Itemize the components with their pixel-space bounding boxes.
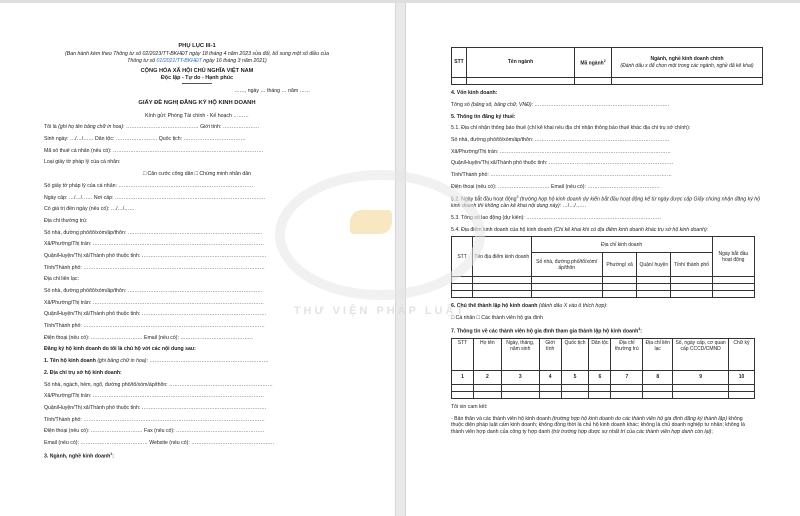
capital-field: Tổng số (bằng số, bằng chữ, VNĐ): ………………… (451, 102, 763, 109)
form-field: Tỉnh/Thành phố: ………………………………………………………………… (44, 265, 350, 272)
col-industry-code: Mã ngành2 (575, 48, 612, 78)
form-field: Quận/Huyện/Thị xã/Thành phố thuộc tỉnh: … (44, 311, 350, 318)
section-7-label: 7. Thông tin về các thành viên hộ gia đì… (451, 329, 638, 335)
circular-link[interactable]: 01/2021/TT-BKHĐT (156, 58, 201, 64)
appendix-title: PHỤ LỤC III-1 (44, 43, 350, 50)
col-province: Tỉnh/ thành phố (671, 253, 712, 277)
form-field: Quận/Huyện/Thị xã/Thành phố thuộc tỉnh: … (44, 253, 350, 260)
section-3-label: 3. Ngành, nghề kinh doanh (44, 453, 110, 459)
member-col-header: Địa chỉ liên lạc (643, 339, 673, 371)
member-col-number: 2 (473, 371, 501, 385)
member-col-number: 5 (561, 371, 589, 385)
nation-heading: CỘNG HÒA XÃ HỘI CHỦ NGHĨA VIỆT NAM (44, 68, 350, 75)
form-field: Tỉnh/Thành phố: ………………………………………………………………… (44, 417, 350, 424)
commit-text: - Bản thân và các thành viên hộ kinh doa… (451, 416, 751, 436)
section-4-label: 4. Vốn kinh doanh: (451, 90, 763, 97)
table-row (452, 284, 755, 291)
form-field: Điện thoại (nếu có): ………………………… Fax (nếu… (44, 428, 350, 435)
commit-hint-1: (trường hợp hộ kinh doanh do các thành v… (552, 416, 727, 422)
col-main-industry: Ngành, nghề kinh doanh chính(Đánh dấu x … (612, 48, 763, 78)
col-address: Địa chỉ kinh doanh (531, 237, 712, 253)
section-5-label: 5. Thông tin đăng ký thuế: (451, 114, 763, 121)
member-col-number: 3 (501, 371, 539, 385)
form-field: Quận/Huyện/Thị xã/Thành phố thuộc tỉnh: … (44, 405, 350, 412)
form-field: Xã/Phường/Thị trấn: ……………………………………………………… (44, 241, 350, 248)
form-field: Số giấy tờ pháp lý của cá nhân: ……………………… (44, 183, 350, 190)
register-statement: Đăng ký hộ kinh doanh do tôi là chủ hộ v… (44, 346, 350, 353)
founder-options[interactable]: □ Cá nhân □ Các thành viên hộ gia đình (451, 315, 763, 322)
colon: : (606, 303, 607, 309)
form-field: Địa chỉ liên lạc: (44, 276, 350, 283)
member-col-header: Chữ ký (729, 339, 755, 371)
member-col-number: 7 (611, 371, 643, 385)
section-6: 6. Chủ thể thành lập hộ kinh doanh (đánh… (451, 303, 763, 310)
section-5-3: 5.3. Tổng số lao động (dự kiến): …………………… (451, 215, 763, 222)
section-5-4: 5.4. Địa điểm kinh doanh của hộ kinh doa… (451, 227, 763, 234)
section-7: 7. Thông tin về các thành viên hộ gia đì… (451, 327, 763, 335)
tax-address-fields: Số nhà, đường phố/tổ/xóm/ấp/thôn: ………………… (451, 137, 763, 190)
capital-hint: (bằng số, bằng chữ, VNĐ) (471, 102, 531, 108)
form-field: Số nhà, đường phố/tổ/xóm/ấp/thôn: ………………… (44, 230, 350, 237)
col-stt: STT (452, 237, 473, 277)
field-fullname: Tôi là (ghi họ tên bằng chữ in hoa): ………… (44, 124, 350, 131)
member-col-header: Dân tộc (589, 339, 611, 371)
col-industry-name: Tên ngành (467, 48, 575, 78)
form-field: Quận/Huyện/Thị xã/Thành phố thuộc tỉnh: … (451, 160, 763, 167)
form-field: Địa chỉ thường trú: (44, 218, 350, 225)
table-row (452, 291, 755, 298)
member-col-header: Ngày, tháng, năm sinh (501, 339, 539, 371)
field-label: Tôi là (44, 124, 58, 130)
col-start-date: Ngày bắt đầu hoạt động (712, 237, 754, 277)
industry-table: STT Tên ngành Mã ngành2 Ngành, nghề kinh… (451, 47, 763, 85)
member-col-header: Quốc tịch (561, 339, 589, 371)
section-3: 3. Ngành, nghề kinh doanh1: (44, 452, 350, 460)
table-row (452, 277, 755, 284)
capital-prefix: Tổng số (451, 102, 471, 108)
member-col-number: 4 (539, 371, 561, 385)
subtitle-line-2: Thông tư số 01/2021/TT-BKHĐT ngày 16 thá… (44, 58, 350, 65)
office-fields: Số nhà, ngách, hẻm, ngõ, đường phố/tổ/xó… (44, 382, 350, 447)
commit-end: ; (711, 429, 712, 435)
form-field: Xã/Phường/Thị trấn: ……………………………………………………… (451, 149, 763, 156)
field-tax-code: Mã số thuế cá nhân (nếu có): ……………………………… (44, 148, 350, 155)
form-field: Xã/Phường/Thị trấn: ……………………………………………………… (44, 300, 350, 307)
member-col-header: Giới tính (539, 339, 561, 371)
member-col-number: 8 (643, 371, 673, 385)
member-col-header: STT (452, 339, 474, 371)
form-field: Số nhà, đường phố/tổ/xóm/ấp/thôn: ………………… (44, 288, 350, 295)
divider (182, 83, 212, 84)
section-6-hint: (đánh dấu X vào ô thích hợp) (537, 303, 606, 309)
member-col-number: 6 (589, 371, 611, 385)
col-location-name: Tên địa điểm kinh doanh (473, 237, 531, 277)
form-field: Xã/Phường/Thị trấn: ……………………………………………………… (44, 393, 350, 400)
commit-part-1: - Bản thân và các thành viên hộ kinh doa… (451, 416, 552, 422)
form-field: Tỉnh/Thành phố: ………………………………………………………………… (44, 323, 350, 330)
s52-label: 5.2. Ngày bắt đầu hoạt động (451, 197, 516, 203)
member-col-header: Địa chỉ thường trú (611, 339, 643, 371)
form-field: Điện thoại (nếu có): ………………………… Email (n… (44, 335, 350, 342)
col-district: Quận/ huyện (637, 253, 671, 277)
subtitle-prefix: Thông tư số (127, 58, 156, 64)
section-1-rest: : …………………………………………………………… (146, 358, 268, 364)
colon: : (640, 329, 642, 335)
section-5-1: 5.1. Địa chỉ nhận thông báo thuế (chỉ kê… (451, 125, 763, 132)
col-street: Số nhà, đường phố/tổ/xóm/ ấp/thôn (531, 253, 602, 277)
section-2-label: 2. Địa chỉ trụ sở hộ kinh doanh: (44, 370, 350, 377)
section-1-label: 1. Tên hộ kinh doanh (44, 358, 96, 364)
table-row (452, 392, 755, 399)
location-table: STT Tên địa điểm kinh doanh Địa chỉ kinh… (451, 236, 755, 298)
form-title: GIẤY ĐỀ NGHỊ ĐĂNG KÝ HỘ KINH DOANH (44, 100, 350, 107)
field-birth: Sinh ngày: …/…/…… Dân tộc: …………………… Quốc… (44, 136, 350, 143)
form-field: Ngày cấp: …/…/…… Nơi cấp: ……………………………………… (44, 195, 350, 202)
recipient: Kính gửi: Phòng Tài chính - Kế hoạch ……… (44, 113, 350, 120)
col-stt: STT (452, 48, 467, 78)
form-field: Số nhà, ngách, hẻm, ngõ, đường phố/tổ/xó… (44, 382, 350, 389)
page-1-content: PHỤ LỤC III-1 (Ban hành kèm theo Thông t… (44, 43, 350, 460)
form-field: Điện thoại (nếu có): ………………………… Email (n… (451, 184, 763, 191)
field-rest: : …………………………………… Giới tính: ………………… (123, 124, 259, 130)
member-col-number: 10 (729, 371, 755, 385)
page-2-content: STT Tên ngành Mã ngành2 Ngành, nghề kinh… (451, 47, 763, 435)
appendix-subtitle: (Ban hành kèm theo Thông tư số 02/2023/T… (44, 51, 350, 64)
code-label: Mã ngành (580, 60, 603, 66)
table-row (452, 385, 755, 392)
form-field: Email (nếu có): ………………………………… Website (n… (44, 440, 350, 447)
col-ward: Phường/ xã (602, 253, 636, 277)
subtitle-suffix: ngày 16 tháng 3 năm 2021) (202, 58, 267, 64)
footnote-ref: 2 (604, 59, 606, 63)
motto: Độc lập - Tự do - Hạnh phúc (44, 75, 350, 82)
member-col-header: Số, ngày cấp, cơ quan cấp CCCD/CMND (673, 339, 729, 371)
member-table: STTHọ tênNgày, tháng, năm sinhGiới tínhQ… (451, 338, 755, 399)
field-id-type: Loại giấy tờ pháp lý của cá nhân: (44, 159, 350, 166)
id-type-options[interactable]: □ Căn cước công dân □ Chứng minh nhân dâ… (44, 171, 350, 178)
member-col-number: 1 (452, 371, 474, 385)
date-line: ……, ngày … tháng … năm …… (44, 88, 310, 95)
commit-label: Tôi xin cam kết: (451, 404, 763, 411)
table-row (452, 78, 763, 85)
section-6-label: 6. Chủ thể thành lập hộ kinh doanh (451, 303, 537, 309)
colon: : (707, 227, 708, 233)
form-field: Số nhà, đường phố/tổ/xóm/ấp/thôn: ………………… (451, 137, 763, 144)
member-col-header: Họ tên (473, 339, 501, 371)
section-5-2: 5.2. Ngày bắt đầu hoạt động3 (trường hợp… (451, 195, 763, 210)
member-col-number: 9 (673, 371, 729, 385)
main-hint: (Đánh dấu x để chọn một trong các ngành,… (613, 63, 761, 69)
s54-hint: (Chỉ kê khai khi có địa điểm kinh doanh … (554, 227, 707, 233)
form-field: Có giá trị đến ngày (nếu có): …/…/…… (44, 206, 350, 213)
s54-label: 5.4. Địa điểm kinh doanh của hộ kinh doa… (451, 227, 554, 233)
colon: : (112, 453, 114, 459)
field-hint: (ghi họ tên bằng chữ in hoa) (58, 124, 123, 130)
personal-fields: Số giấy tờ pháp lý của cá nhân: ……………………… (44, 183, 350, 341)
commit-hint-2: (trừ trường hợp được sự nhất trí của các… (552, 429, 712, 435)
section-1-hint: (ghi bằng chữ in hoa) (96, 358, 147, 364)
capital-rest: : …………………………………………………………………… (532, 102, 670, 108)
s52-rest: : …/…/…… (560, 203, 587, 209)
section-1: 1. Tên hộ kinh doanh (ghi bằng chữ in ho… (44, 358, 350, 365)
form-field: Tỉnh/Thành phố: ………………………………………………………………… (451, 172, 763, 179)
